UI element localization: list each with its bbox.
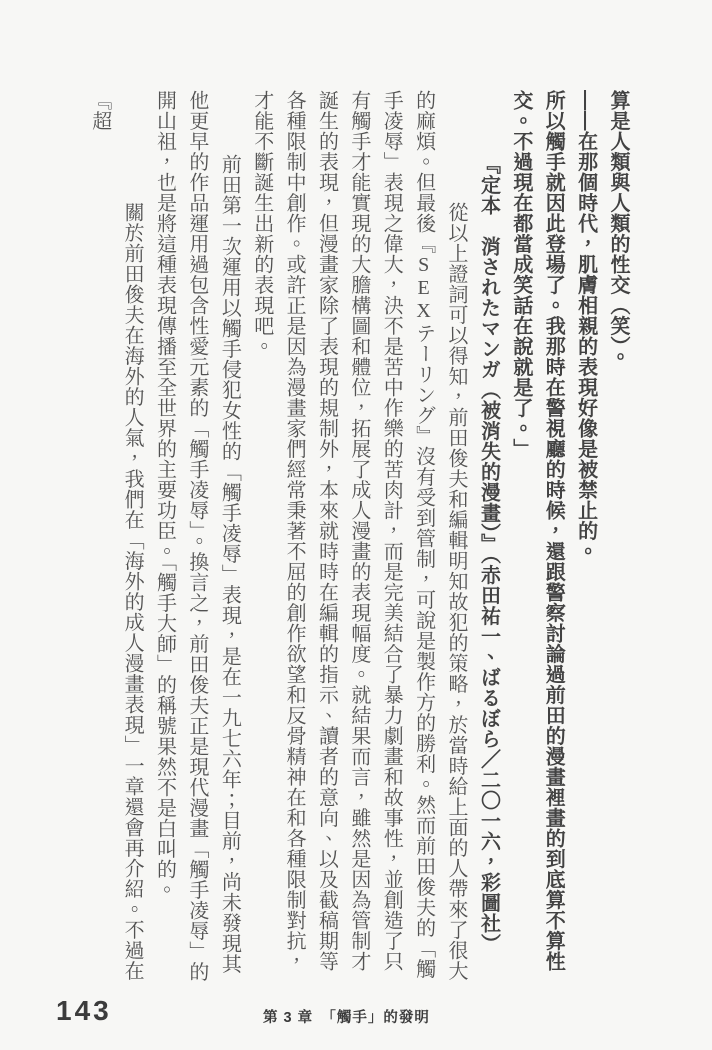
quote-line: ——在那個時代，肌膚相親的表現好像是被禁止的。 xyxy=(569,90,601,985)
page-text: 算是人類與人類的性交（笑）。 ——在那個時代，肌膚相親的表現好像是被禁止的。 所… xyxy=(26,90,634,985)
book-page: 算是人類與人類的性交（笑）。 ——在那個時代，肌膚相親的表現好像是被禁止的。 所… xyxy=(0,0,712,1050)
chapter-footer: 第 3 章 「觸手」的發明 xyxy=(263,1006,430,1027)
body-paragraph: 前田第一次運用以觸手侵犯女性的「觸手凌辱」表現，是在一九七六年；目前，尚未發現其… xyxy=(148,90,245,985)
source-citation: 『定本 消されたマンガ（被消失的漫畫）』（赤田祐一、ばるぼら／二〇一六，彩圖社） xyxy=(472,90,504,985)
page-number: 143 xyxy=(56,995,112,1027)
quote-line: 所以觸手就因此登場了。我那時在警視廳的時候，還跟警察討論過前田的漫畫裡畫的到底算… xyxy=(504,90,569,985)
body-paragraph: 關於前田俊夫在海外的人氣，我們在「海外的成人漫畫表現」一章還會再介紹。不過在『超 xyxy=(83,90,148,985)
quote-line: 算是人類與人類的性交（笑）。 xyxy=(602,90,634,985)
body-paragraph: 從以上證詞可以得知，前田俊夫和編輯明知故犯的策略，於當時給上面的人帶來了很大的麻… xyxy=(245,90,472,985)
